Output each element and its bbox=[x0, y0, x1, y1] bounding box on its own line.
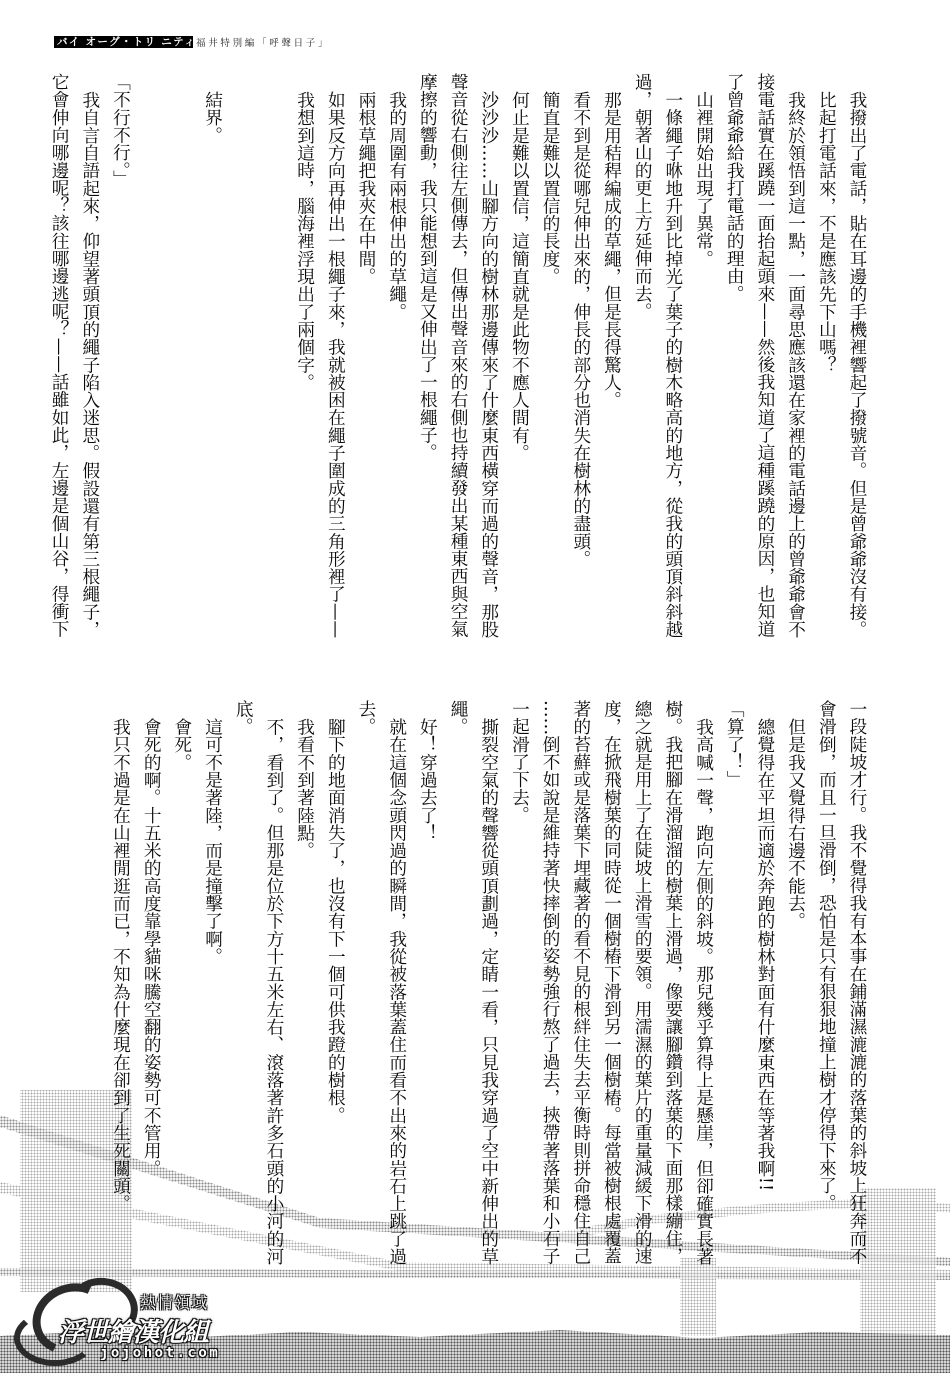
text-column: 我的周圍有兩根伸出的草繩。 bbox=[381, 73, 412, 638]
text-column: 繩。 bbox=[442, 700, 473, 1265]
watermark-group-name: 浮世繪漢化組 bbox=[58, 1312, 208, 1349]
text-column: 我想到這時，腦海裡浮現出了兩個字。 bbox=[289, 73, 320, 638]
text-column: 一段陡坡才行。我不覺得我有本事在鋪滿濕漉漉的落葉的斜坡上狂奔而不 bbox=[841, 700, 872, 1265]
text-column: 不，看到了。但那是位於下方十五米左右、滾落著許多石頭的小河的河 bbox=[258, 700, 289, 1265]
text-column: 我自言自語起來，仰望著頭頂的繩子陷入迷思。假設還有第三根繩子， bbox=[74, 73, 105, 638]
text-column: 我終於領悟到這一點，一面尋思應該還在家裡的電話邊上的曾爺爺會不 bbox=[780, 73, 811, 638]
text-column: 我看不到著陸點。 bbox=[289, 700, 320, 1265]
blank-column bbox=[166, 73, 197, 638]
text-column: 我撥出了電話，貼在耳邊的手機裡響起了撥號音。但是曾爺爺沒有接。 bbox=[841, 73, 872, 638]
text-column: 接電話實在蹊蹺一面抬起頭來——然後我知道了這種蹊蹺的原因，也知道 bbox=[749, 73, 780, 638]
text-column: 腳下的地面消失了，也沒有下一個可供我蹬的樹根。 bbox=[320, 700, 351, 1265]
text-column: 看不到是從哪兒伸出來的，伸長的部分也消失在樹林的盡頭。 bbox=[565, 73, 596, 638]
text-column: 著的苔蘚或是落葉下埋藏著的看不見的根絆住失去平衡時則拼命穩住自己 bbox=[565, 700, 596, 1265]
novel-page: バイ オーグ・トリ ニティ 福井特別編「呼聲日子」 我撥出了電話，貼在耳邊的手機… bbox=[0, 0, 950, 1373]
chapter-subtitle: 福井特別編「呼聲日子」 bbox=[196, 35, 330, 49]
text-column: 我高喊一聲，跑向左側的斜坡。那兒幾乎算得上是懸崖，但卻確實長著 bbox=[688, 700, 719, 1265]
text-column: 就在這個念頭閃過的瞬間，我從被落葉蓋住而看不出來的岩石上跳了過 bbox=[381, 700, 412, 1265]
blank-column bbox=[258, 73, 289, 638]
text-column: ……倒不如說是維持著快摔倒的姿勢強行熬了過去，挾帶著落葉和小石子 bbox=[534, 700, 565, 1265]
text-column: 聲音從右側往左側傳去，但傳出聲音來的右側也持續發出某種東西與空氣 bbox=[442, 73, 473, 638]
blank-column bbox=[228, 73, 259, 638]
text-column: 比起打電話來，不是應該先下山嗎？ bbox=[811, 73, 842, 638]
text-column: 簡直是難以置信的長度。 bbox=[534, 73, 565, 638]
text-column: 會死的啊。十五米的高度靠學貓咪騰空翻的姿勢可不管用。 bbox=[136, 700, 167, 1265]
text-column: 總覺得在平坦而適於奔跑的樹林對面有什麼東西在等著我啊!! bbox=[749, 700, 780, 1265]
text-column: 過，朝著山的更上方延伸而去。 bbox=[626, 73, 657, 638]
text-column: 好！穿過去了！ bbox=[412, 700, 443, 1265]
text-column: 會滑倒，而且一旦滑倒，恐怕是只有狠狠地撞上樹才停得下來了。 bbox=[811, 700, 842, 1265]
text-column: 摩擦的響動，我只能想到這是又伸出了一根繩子。 bbox=[412, 73, 443, 638]
text-column: 會死。 bbox=[166, 700, 197, 1265]
text-column: 去。 bbox=[350, 700, 381, 1265]
dialogue-column: 「算了！」 bbox=[719, 700, 750, 1265]
text-column: 了曾爺爺給我打電話的理由。 bbox=[719, 73, 750, 638]
text-column: 沙沙沙……山腳方向的樹林那邊傳來了什麼東西橫穿而過的聲音，那股 bbox=[473, 73, 504, 638]
blank-column bbox=[135, 73, 166, 638]
series-title: バイ オーグ・トリ ニティ bbox=[54, 36, 193, 48]
scanlation-watermark: 熱情領域 浮世繪漢化組 jojohot.com bbox=[10, 1276, 250, 1368]
text-column: 我只不過是在山裡閒逛而已，不知為什麼現在卻到了生死關頭。 bbox=[105, 700, 136, 1265]
text-column: 它會伸向哪邊呢？該往哪邊逃呢？——話雖如此，左邊是個山谷，得衝下 bbox=[43, 73, 74, 638]
text-column: 這可不是著陸，而是撞擊了啊。 bbox=[197, 700, 228, 1265]
text-column: 那是用秸稈編成的草繩，但是長得驚人。 bbox=[596, 73, 627, 638]
text-column: 山裡開始出現了異常。 bbox=[688, 73, 719, 638]
upper-text-block: 我撥出了電話，貼在耳邊的手機裡響起了撥號音。但是曾爺爺沒有接。 比起打電話來，不… bbox=[43, 73, 872, 638]
watermark-site: jojohot.com bbox=[100, 1345, 220, 1361]
text-column: 度，在掀飛樹葉的同時從一個樹樁下滑到另一個樹樁。每當被樹根處覆蓋 bbox=[596, 700, 627, 1265]
text-column: 但是我又覺得右邊不能去。 bbox=[780, 700, 811, 1265]
text-column: 總之就是用上了在陡坡上滑雪的要領。用濡濕的葉片的重量減緩下滑的速 bbox=[627, 700, 658, 1265]
text-column: 一條繩子咻地升到比掉光了葉子的樹木略高的地方，從我的頭頂斜斜越 bbox=[657, 73, 688, 638]
watermark-tagline: 熱情領域 bbox=[140, 1290, 208, 1313]
lower-text-block: 一段陡坡才行。我不覺得我有本事在鋪滿濕漉漉的落葉的斜坡上狂奔而不 會滑倒，而且一… bbox=[105, 700, 873, 1265]
text-column: 撕裂空氣的聲響從頭頂劃過，定睛一看，只見我穿過了空中新伸出的草 bbox=[473, 700, 504, 1265]
text-column: 兩根草繩把我夾在中間。 bbox=[350, 73, 381, 638]
text-column: 樹。我把腳在滑溜溜的樹葉上滑過，像要讓腳鑽到落葉的下面那樣繃住， bbox=[657, 700, 688, 1265]
running-header: バイ オーグ・トリ ニティ 福井特別編「呼聲日子」 bbox=[54, 36, 330, 48]
text-column: 何止是難以置信，這簡直就是此物不應人間有。 bbox=[504, 73, 535, 638]
text-column: 如果反方向再伸出一根繩子來，我就被困在繩子圍成的三角形裡了—— bbox=[320, 73, 351, 638]
dialogue-column: 「不行不行。」 bbox=[105, 73, 136, 638]
text-column: 底。 bbox=[228, 700, 259, 1265]
text-column-emphasis: 結界。 bbox=[197, 73, 228, 638]
text-column: 一起滑了下去。 bbox=[504, 700, 535, 1265]
